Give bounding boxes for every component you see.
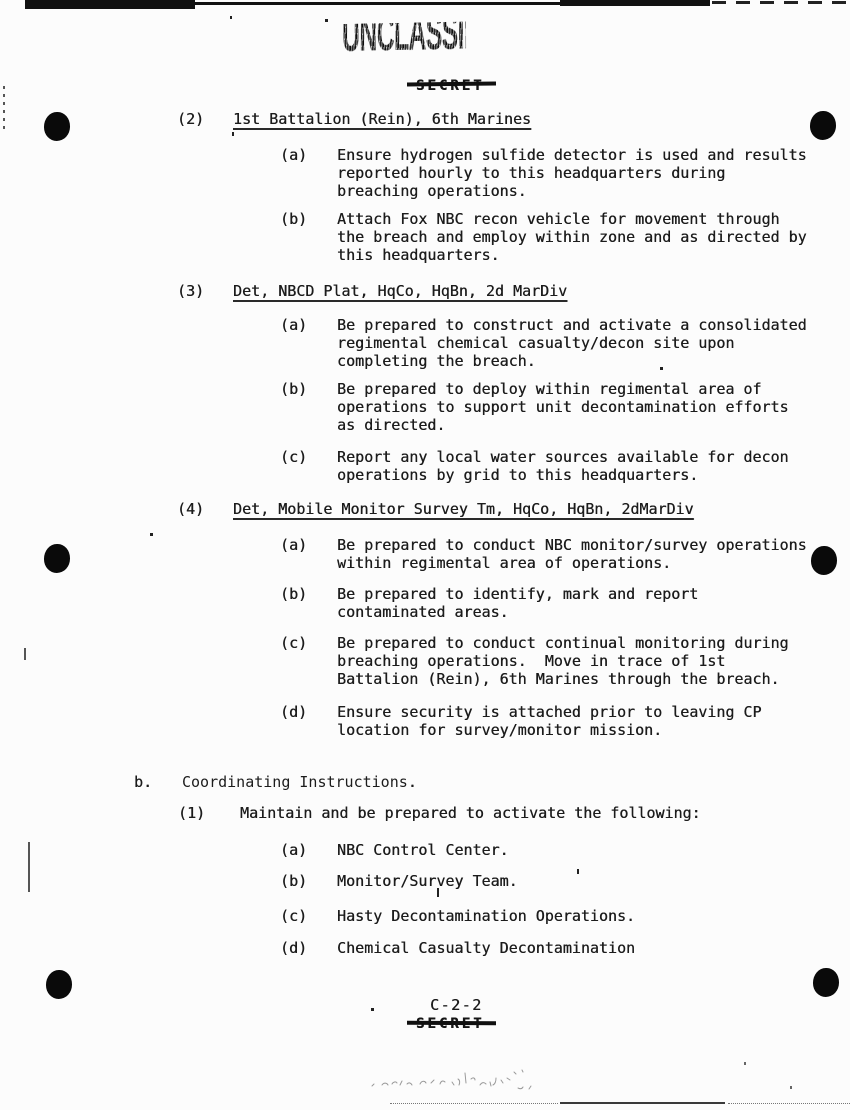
scan-margin-line: [28, 842, 30, 892]
section-2-heading-row: (2) 1st Battalion (Rein), 6th Marines: [177, 110, 531, 128]
hole-punch-mark: [813, 968, 839, 997]
scan-artifact-bottom-dots2: [728, 1103, 850, 1104]
strikethrough-line: [407, 1021, 496, 1026]
subsection-label: b.: [134, 773, 182, 791]
item-label: (a): [280, 841, 337, 859]
list-item: (a) Be prepared to construct and activat…: [280, 316, 807, 370]
list-item: (d) Ensure security is attached prior to…: [280, 703, 761, 739]
item-text: Be prepared to conduct continual monitor…: [337, 634, 789, 688]
hole-punch-mark: [44, 112, 70, 141]
secret-classification-struck-top: SECRET: [416, 76, 485, 95]
hole-punch-mark: [810, 111, 836, 140]
scan-speck: [325, 19, 328, 22]
list-item: (c) Report any local water sources avail…: [280, 448, 789, 484]
item-label: (c): [280, 448, 337, 484]
hole-punch-mark: [811, 546, 837, 575]
list-item: (a) NBC Control Center.: [280, 841, 509, 859]
section-label: (3): [177, 282, 233, 300]
scan-speck: [744, 1062, 746, 1065]
section-label: (2): [177, 110, 233, 128]
item-label: (b): [280, 585, 337, 621]
heading-period: .: [408, 773, 417, 791]
list-item: (a) Be prepared to conduct NBC monitor/s…: [280, 536, 807, 572]
item-text: Chemical Casualty Decontamination: [337, 939, 635, 957]
hole-punch-mark: [44, 544, 70, 573]
item-text: Ensure security is attached prior to lea…: [337, 703, 761, 739]
item-label: (a): [280, 536, 337, 572]
item-text: Be prepared to deploy within regimental …: [337, 380, 789, 434]
list-item: (1) Maintain and be prepared to activate…: [178, 804, 701, 822]
item-label: (d): [280, 703, 337, 739]
item-text: Monitor/Survey Team.: [337, 872, 518, 890]
section-heading: Det, NBCD Plat, HqCo, HqBn, 2d MarDiv: [233, 282, 567, 300]
secret-text: SECRET: [416, 78, 485, 94]
list-item: (d) Chemical Casualty Decontamination: [280, 939, 635, 957]
item-label: (d): [280, 939, 337, 957]
scan-speck: [232, 132, 234, 136]
item-text: NBC Control Center.: [337, 841, 509, 859]
scan-artifact-top-dashes: [712, 1, 850, 4]
scanned-document-page: UNCLASSIFIED SECRET (2) 1st Battalion (R…: [0, 0, 850, 1110]
item-label: (c): [280, 634, 337, 688]
section-heading: Det, Mobile Monitor Survey Tm, HqCo, HqB…: [233, 500, 694, 518]
scan-artifact-top-bar: [25, 0, 195, 9]
section-label: (4): [177, 500, 233, 518]
section-heading: 1st Battalion (Rein), 6th Marines: [233, 110, 531, 128]
scan-speck: [230, 16, 232, 19]
illegible-pencil-scribble: [368, 1062, 548, 1096]
list-item: (c) Be prepared to conduct continual mon…: [280, 634, 789, 688]
item-label: (b): [280, 380, 337, 434]
item-text: Be prepared to identify, mark and report…: [337, 585, 698, 621]
item-text: Hasty Decontamination Operations.: [337, 907, 635, 925]
scan-artifact-bottom-dots: [390, 1103, 558, 1104]
scan-speck: [790, 1086, 792, 1089]
scan-artifact-bottom-line: [560, 1102, 725, 1104]
list-item: (b) Attach Fox NBC recon vehicle for mov…: [280, 210, 807, 264]
scan-artifact-top-bar2: [560, 0, 710, 6]
scan-artifact-top-line: [195, 2, 560, 5]
scan-speck: [437, 888, 439, 897]
page-number: C-2-2: [430, 996, 483, 1014]
list-item: (a) Ensure hydrogen sulfide detector is …: [280, 146, 807, 200]
list-item: (b) Monitor/Survey Team.: [280, 872, 518, 890]
item-text: Report any local water sources available…: [337, 448, 789, 484]
item-text: Attach Fox NBC recon vehicle for movemen…: [337, 210, 807, 264]
section-4-heading-row: (4) Det, Mobile Monitor Survey Tm, HqCo,…: [177, 500, 694, 518]
scan-speck: [150, 533, 153, 536]
list-item: (b) Be prepared to deploy within regimen…: [280, 380, 789, 434]
item-label: (c): [280, 907, 337, 925]
scan-speck: [660, 367, 663, 370]
item-label: (a): [280, 316, 337, 370]
section-3-heading-row: (3) Det, NBCD Plat, HqCo, HqBn, 2d MarDi…: [177, 282, 567, 300]
scan-speck: [371, 1008, 374, 1011]
subsection-b-heading-row: b. Coordinating Instructions.: [134, 773, 417, 791]
item-label: (b): [280, 872, 337, 890]
scan-margin-dashes: [3, 86, 5, 132]
hole-punch-mark: [46, 970, 72, 999]
scan-speck: [577, 869, 579, 874]
list-item: (c) Hasty Decontamination Operations.: [280, 907, 635, 925]
subsection-heading: Coordinating Instructions: [182, 773, 408, 791]
list-item: (b) Be prepared to identify, mark and re…: [280, 585, 698, 621]
secret-classification-struck-bottom: SECRET: [416, 1014, 485, 1033]
item-text: Be prepared to conduct NBC monitor/surve…: [337, 536, 807, 572]
item-label: (b): [280, 210, 337, 264]
item-text: Maintain and be prepared to activate the…: [240, 804, 701, 822]
item-label: (a): [280, 146, 337, 200]
scan-margin-tick: [24, 648, 26, 660]
item-text: Ensure hydrogen sulfide detector is used…: [337, 146, 807, 200]
item-label: (1): [178, 804, 240, 822]
item-text: Be prepared to construct and activate a …: [337, 316, 807, 370]
